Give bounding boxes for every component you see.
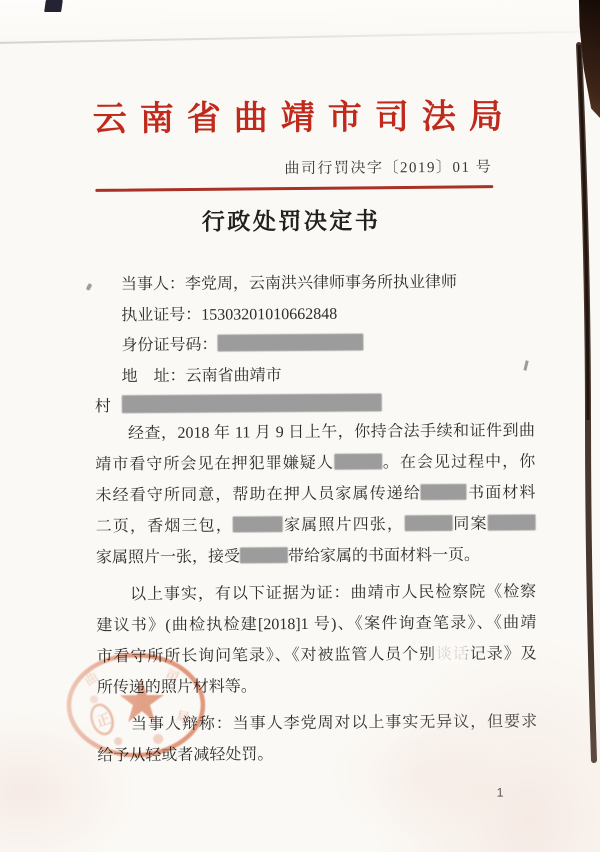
text-run: 村 [95, 398, 111, 415]
text-run: 带给家属的书面材料一页。 [288, 547, 480, 565]
ink-speck [86, 283, 93, 291]
body-text-line: 建议书》(曲检执检建[2018]1 号)、《案件询查笔录》、《曲靖 [96, 607, 536, 641]
text-run: 未经看守所同意，帮助在押人员家属传递给 [95, 485, 421, 504]
text-run: 书面材料 [467, 484, 536, 501]
scan-edge-shadow [570, 0, 600, 852]
party-info-line: 执业证号：15303201010662848 [94, 298, 536, 332]
document-title: 行政处罚决定书 [0, 201, 584, 238]
party-info-line: 身份证号码： [94, 328, 536, 362]
text-run: 当事人：李党周，云南洪兴律师事务所执业律师 [121, 274, 457, 293]
svg-text:局: 局 [175, 708, 191, 725]
text-run: 二页，香烟三包， [96, 517, 233, 535]
redaction-bar [421, 484, 467, 500]
body-text-line: 未经看守所同意，帮助在押人员家属传递给书面材料 [95, 477, 535, 511]
document-number: 曲司行罚决字〔2019〕01 号 [284, 156, 492, 178]
agency-name: 云南省曲靖市司法局 [0, 88, 598, 141]
text-run: 家属照片四张， [283, 516, 404, 534]
official-seal-stamp-icon: 正 曲 司 局 [58, 649, 211, 764]
page-number: 1 [497, 786, 504, 800]
redaction-bar [122, 393, 382, 413]
whiteout-smudge [434, 641, 468, 663]
redaction-bar [334, 453, 382, 469]
redaction-bar [240, 547, 288, 563]
body-text-line: 二页，香烟三包，家属照片四张，同案 [96, 508, 536, 542]
redaction-bar [488, 514, 536, 530]
body-text-line: 经查，2018 年 11 月 9 日上午，你持合法手续和证件到曲 [95, 415, 535, 449]
text-run: 以上事实，有以下证据为证：曲靖市人民检察院《检察 [96, 583, 536, 603]
body-text-line: 以上事实，有以下证据为证：曲靖市人民检察院《检察 [96, 576, 536, 610]
text-run: 地 址：云南省曲靖市 [122, 367, 282, 385]
corner-ink-mark [44, 0, 63, 12]
redaction-bar [233, 516, 283, 532]
redaction-bar [404, 515, 452, 531]
party-info-section: 当事人：李党周，云南洪兴律师事务所执业律师执业证号：15303201010662… [94, 267, 537, 423]
text-run: 执业证号：15303201010662848 [121, 305, 337, 324]
body-text-line: 家属照片一张，接受带给家属的书面材料一页。 [96, 539, 536, 573]
document-page: 云南省曲靖市司法局 曲司行罚决字〔2019〕01 号 行政处罚决定书 当事人：李… [0, 0, 600, 852]
body-paragraph: 经查，2018 年 11 月 9 日上午，你持合法手续和证件到曲靖市看守所会见在… [95, 415, 536, 573]
text-run: 。在会见过程中，你 [382, 453, 536, 471]
text-run: 身份证号码： [121, 337, 217, 355]
party-info-line: 当事人：李党周，云南洪兴律师事务所执业律师 [94, 267, 536, 301]
text-run: 同案 [452, 516, 488, 533]
party-info-line: 地 址：云南省曲靖市 [95, 359, 537, 393]
body-text-line: 靖市看守所会见在押犯罪嫌疑人。在会见过程中，你 [95, 446, 535, 480]
text-run: 靖市看守所会见在押犯罪嫌疑人 [95, 455, 334, 474]
text-run: 建议书》(曲检执检建[2018]1 号)、《案件询查笔录》、《曲靖 [96, 614, 536, 634]
redaction-bar [217, 334, 363, 352]
text-run: 家属照片一张，接受 [96, 548, 240, 566]
text-run: 经查，2018 年 11 月 9 日上午，你持合法手续和证件到曲 [95, 422, 535, 442]
scanned-document-photo: 云南省曲靖市司法局 曲司行罚决字〔2019〕01 号 行政处罚决定书 当事人：李… [0, 0, 600, 852]
red-divider-line [95, 185, 493, 191]
